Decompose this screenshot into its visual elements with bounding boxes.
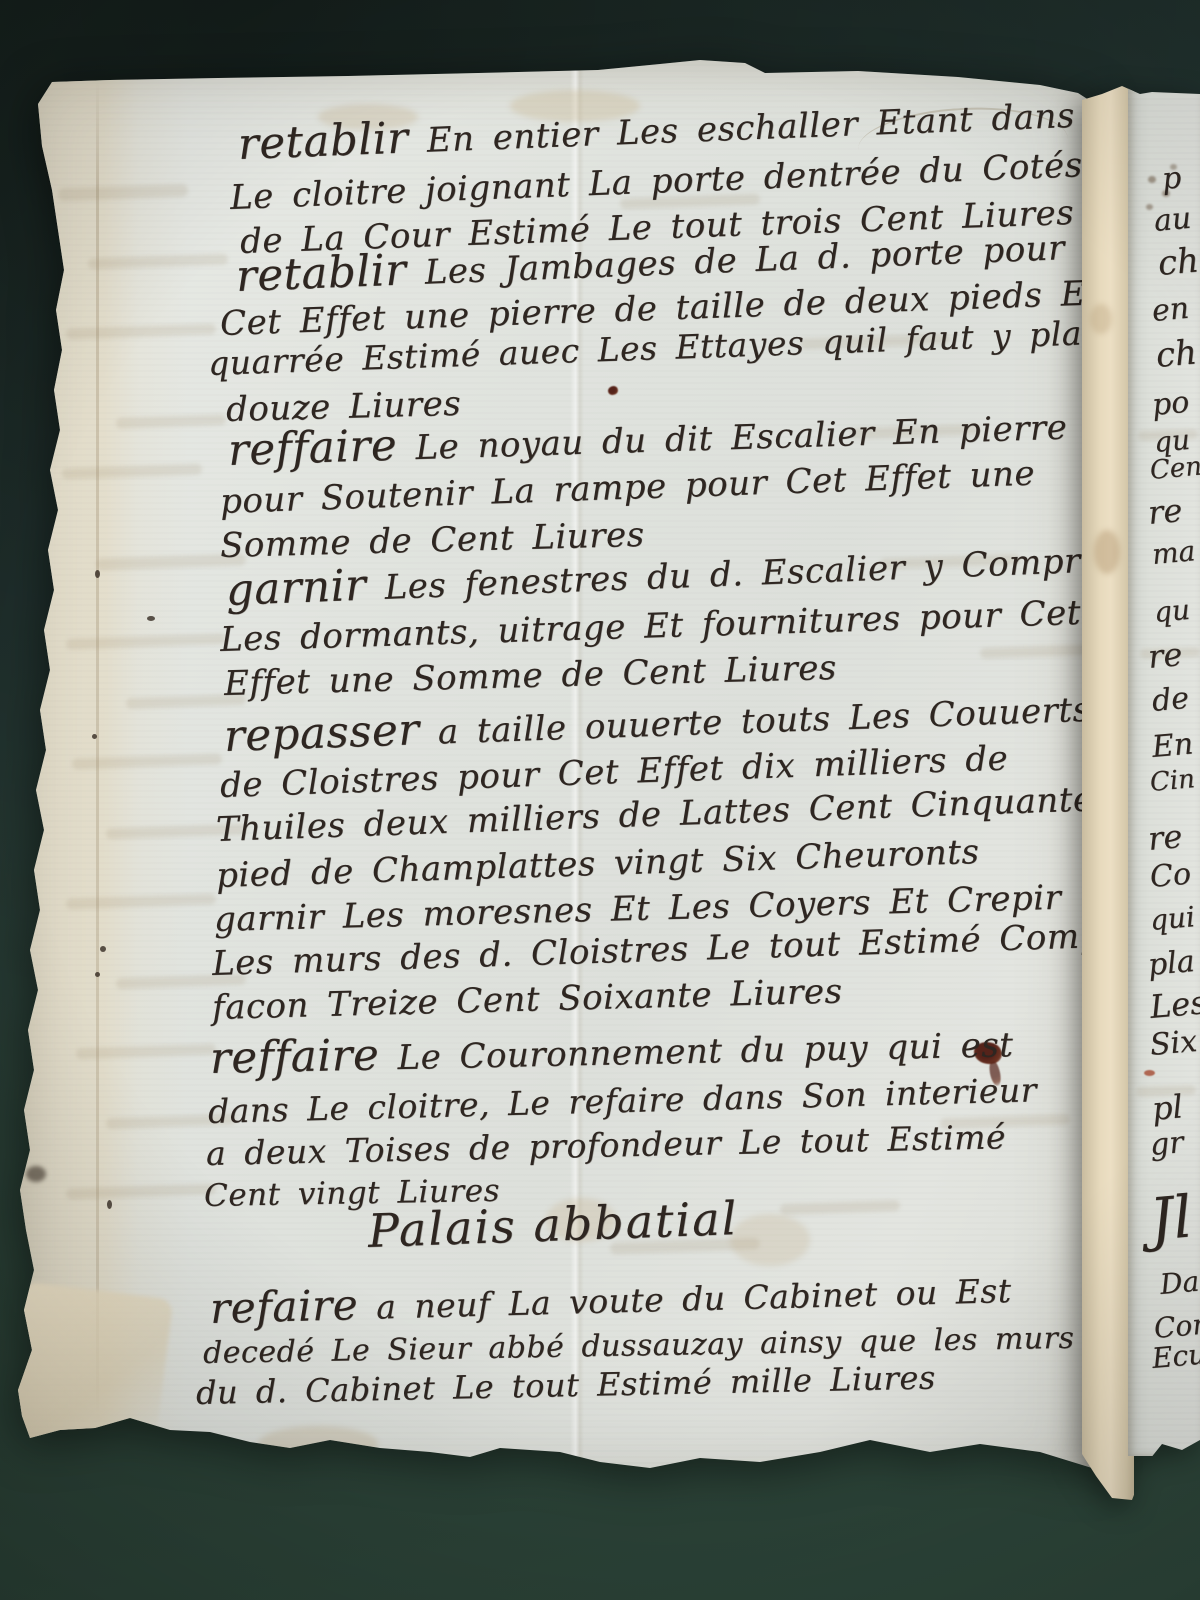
- fragment-text: gr: [1148, 1125, 1184, 1163]
- manuscript-photo: retablir En entier Les eschaller Etant d…: [0, 0, 1200, 1600]
- right-page-red-speck: [1144, 1070, 1155, 1076]
- spine-stain: [1094, 530, 1120, 574]
- right-page-fragment: re: [1146, 635, 1183, 676]
- fragment-text: au: [1152, 201, 1192, 239]
- fragment-text: qu: [1153, 593, 1192, 629]
- right-page-fragment: pl: [1150, 1087, 1184, 1128]
- right-page-fragment: ma: [1151, 534, 1197, 571]
- right-page-fragment: de: [1150, 681, 1190, 719]
- fragment-text: ch: [1154, 333, 1198, 376]
- fragment-text: de: [1150, 681, 1190, 719]
- fragment-text: p: [1160, 160, 1182, 197]
- left-fold-crease: [96, 80, 99, 1420]
- right-page-fragment: Jl: [1147, 1182, 1195, 1253]
- right-page-fragment: pla: [1146, 944, 1196, 983]
- book-fold-spine: [1082, 84, 1134, 1504]
- right-page-fragment: po: [1150, 385, 1190, 423]
- fragment-text: pl: [1150, 1087, 1184, 1128]
- right-page-fragment: p: [1160, 160, 1182, 197]
- right-page-fragment: au: [1152, 201, 1192, 239]
- fragment-text: re: [1146, 491, 1183, 532]
- right-page-fragment: ch: [1154, 333, 1198, 376]
- ink-speck: [92, 734, 97, 739]
- right-page-fragment: en: [1150, 291, 1190, 329]
- fragment-text: re: [1146, 817, 1183, 858]
- right-page-fragment: qui: [1149, 900, 1197, 937]
- fragment-text: pla: [1146, 944, 1196, 983]
- ink-speck: [95, 570, 100, 578]
- right-page-fragment: Cin: [1149, 764, 1196, 798]
- fragment-text: ma: [1151, 534, 1197, 571]
- fragment-text: Six: [1148, 1024, 1198, 1063]
- ink-smudge: [26, 1166, 46, 1182]
- fragment-text: en: [1150, 291, 1190, 329]
- bottom-left-torn-flap: [5, 1281, 173, 1458]
- fragment-text: Cen: [1149, 452, 1200, 486]
- right-page-fragment: Cen: [1149, 452, 1200, 486]
- fragment-text: qui: [1149, 900, 1197, 937]
- fragment-text: Co: [1148, 856, 1192, 894]
- right-page-speck: [1148, 176, 1156, 183]
- right-page-fragment: qu: [1153, 593, 1192, 629]
- fragment-text: Jl: [1147, 1182, 1195, 1253]
- fragment-text: Da: [1159, 1265, 1200, 1301]
- fragment-text: po: [1150, 385, 1190, 423]
- ink-speck: [100, 946, 106, 952]
- fragment-text: ch: [1156, 241, 1200, 284]
- right-page-fragment: gr: [1148, 1125, 1184, 1163]
- fragment-text: Cin: [1149, 764, 1196, 798]
- right-page-fragment: re: [1146, 817, 1183, 858]
- ink-smudge: [48, 1456, 62, 1466]
- right-page-fragment: Da: [1159, 1265, 1200, 1301]
- fragment-text: En: [1150, 726, 1194, 764]
- fragment-text: re: [1146, 635, 1183, 676]
- right-page-fragment: ch: [1156, 241, 1200, 284]
- spine-stain: [1090, 304, 1112, 334]
- paper-stain: [258, 1426, 378, 1462]
- fragment-text: Ecu: [1151, 1337, 1200, 1375]
- right-page-fragment: En: [1150, 726, 1194, 764]
- ink-speck: [107, 1200, 112, 1209]
- right-page-fragment: Co: [1148, 856, 1192, 894]
- paper-stain: [730, 1214, 810, 1266]
- line-lead-word: reffaire: [209, 1030, 379, 1084]
- ink-speck: [95, 972, 100, 977]
- line-lead-word: retablir: [237, 113, 409, 170]
- right-page-fragment: Ecu: [1151, 1337, 1200, 1375]
- right-page-fragment: re: [1146, 491, 1183, 532]
- ink-speck: [147, 616, 155, 621]
- right-page-fragment: Six: [1148, 1024, 1198, 1063]
- fragment-text: Les: [1148, 983, 1200, 1026]
- right-page-fragment: Les: [1148, 983, 1200, 1026]
